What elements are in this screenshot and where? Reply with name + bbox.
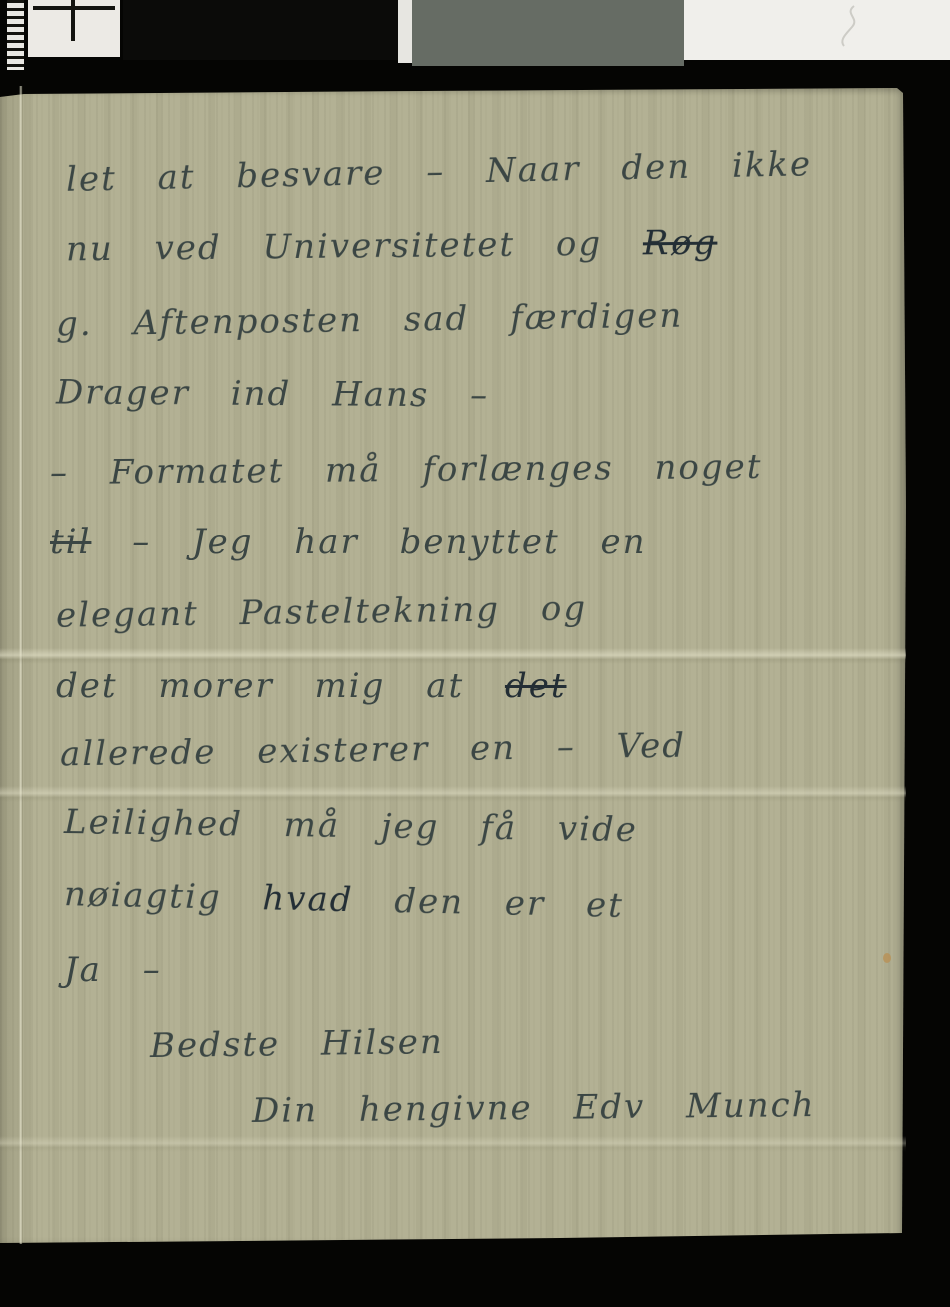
handwritten-text: – Formatet må forlænges noget [50, 447, 763, 493]
handwriting-line-7: elegant Pasteltekning og [56, 588, 588, 635]
handwritten-text: – Jeg har benyttet en [91, 522, 646, 562]
handwritten-text: det morer mig at [56, 666, 505, 706]
handwriting-line-8: det morer mig at det [56, 666, 567, 706]
handwritten-text: den er et [353, 880, 624, 926]
registration-cross-icon [71, 0, 75, 41]
registration-card [28, 0, 120, 57]
calibration-black-patch [123, 0, 398, 60]
calibration-white-sliver [398, 0, 412, 63]
handwritten-text: Drager ind Hans – [56, 372, 489, 415]
handwriting-line-10: Leilighed må jeg få vide [64, 802, 638, 850]
calibration-gray-patch [412, 0, 684, 66]
handwriting-line-12: Ja – [64, 950, 162, 990]
struck-word: til [50, 522, 91, 562]
handwriting-line-4: Drager ind Hans – [56, 372, 489, 415]
calibration-ruler [7, 0, 24, 70]
paper-stain [883, 953, 891, 963]
horizontal-fold-crease [0, 1136, 906, 1152]
handwritten-text: Leilighed må jeg få vide [64, 802, 638, 850]
handwriting-line-2: nu ved Universitetet og Røg [66, 223, 718, 270]
struck-word: Røg [643, 223, 718, 264]
handwritten-text: nu ved Universitetet og [66, 223, 643, 269]
handwritten-text: Ja – [64, 950, 162, 990]
overwritten-word: hvad [262, 878, 354, 920]
signature-line: Din hengivne Edv Munch [252, 1085, 816, 1131]
struck-word: det [505, 666, 567, 706]
vertical-fold-crease [19, 86, 23, 1244]
closing-line: Bedste Hilsen [150, 1022, 444, 1066]
handwritten-text: elegant Pasteltekning og [56, 588, 588, 635]
horizontal-fold-crease [0, 786, 906, 802]
handwriting-line-5: – Formatet må forlænges noget [50, 447, 763, 493]
handwritten-text: Bedste Hilsen [150, 1022, 444, 1066]
handwritten-text: nøiagtig [64, 874, 263, 918]
pencil-mark [806, 0, 896, 60]
letter-scan: let at besvare – Naar den ikke nu ved Un… [0, 0, 950, 1307]
handwriting-line-6: til – Jeg har benyttet en [50, 522, 647, 562]
signature-text: Din hengivne Edv Munch [252, 1085, 816, 1131]
horizontal-fold-crease [0, 648, 906, 664]
